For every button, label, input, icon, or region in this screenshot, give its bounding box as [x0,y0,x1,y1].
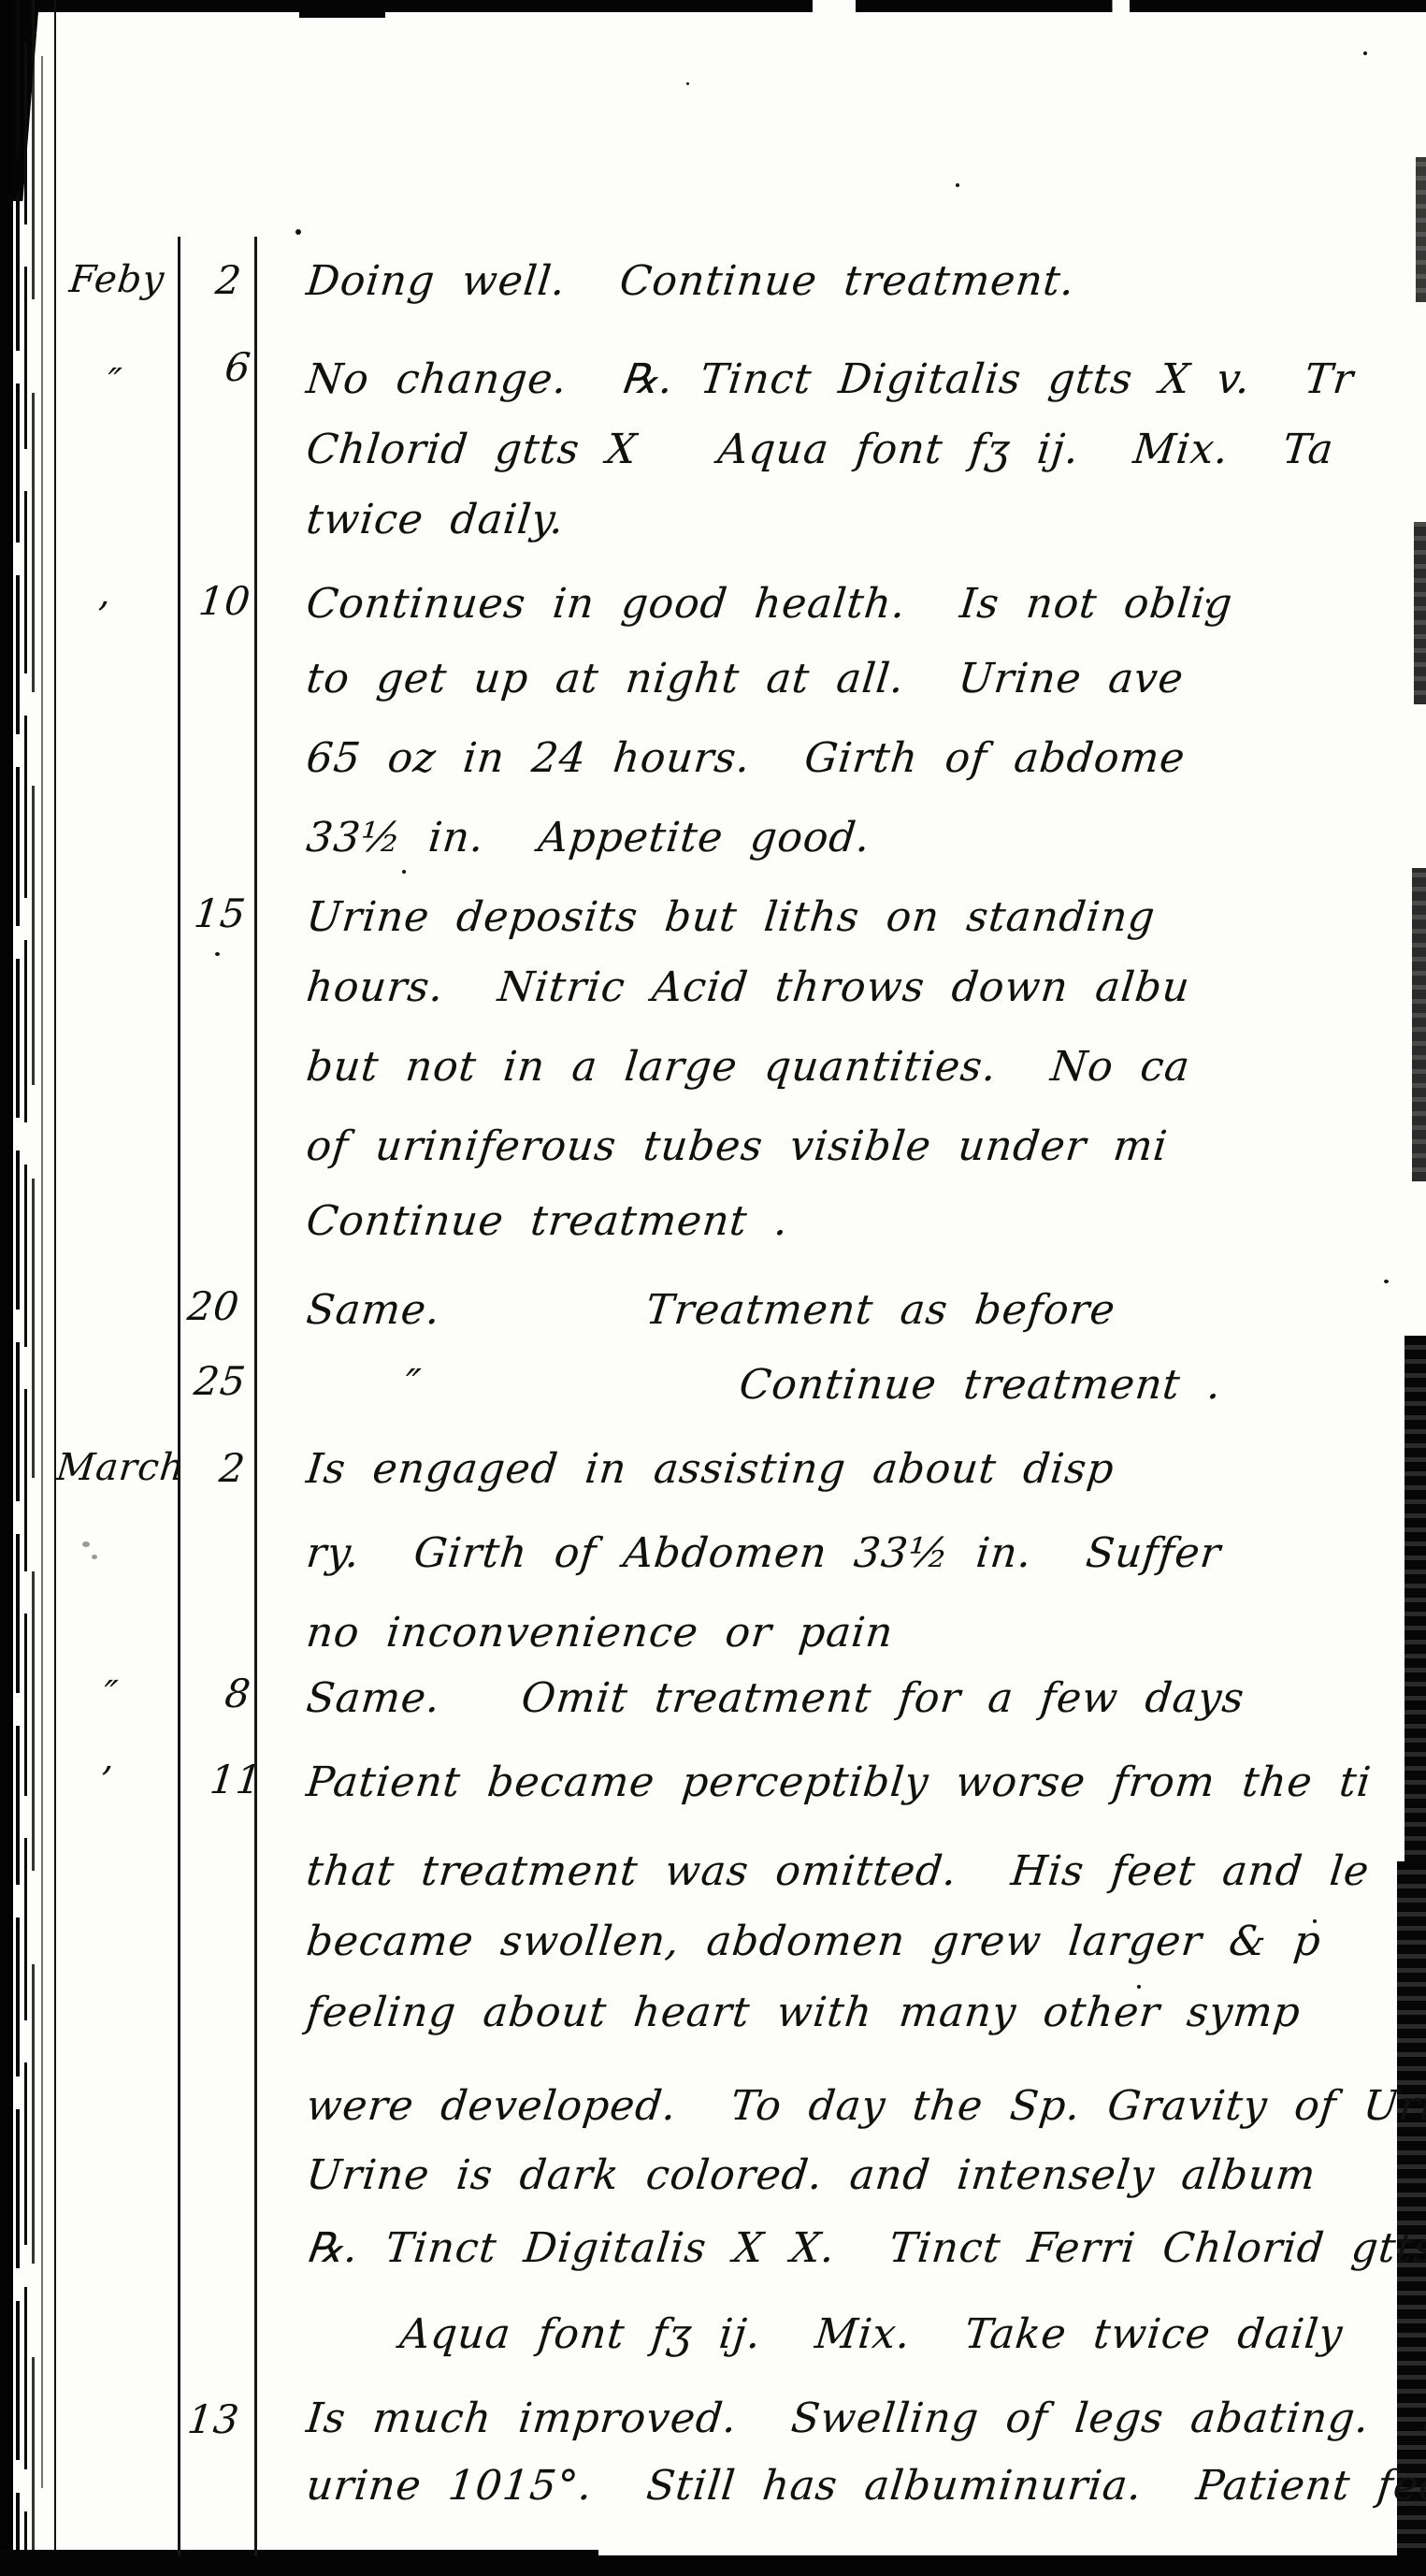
day-number: 15 [192,890,249,937]
handwritten-line: urine 1015°. Still has albuminuria. Pati… [304,2462,1426,2511]
ink-speck [1206,599,1210,603]
pencil-smudge [92,1555,97,1559]
date-column-rule-left [178,237,180,2556]
handwritten-line: Aqua font fʒ ij. Mix. Take twice daily [397,2310,1346,2360]
binding-gutter-streak [41,56,43,2488]
scan-bottom-border [0,2550,598,2557]
page-edge-line [54,0,56,2576]
day-number: 10 [196,578,253,625]
scan-right-edge [1404,1336,1426,1864]
handwritten-line: hours. Nitric Acid throws down albu [304,963,1192,1013]
scan-bottom-border [0,2555,1426,2576]
handwritten-line: 65 oz in 24 hours. Girth of abdome [304,734,1188,784]
day-number: 25 [192,1358,249,1405]
day-number: 11 [208,1757,265,1803]
scan-right-edge [1397,1861,1426,2557]
handwritten-line: Is much improved. Swelling of legs abati… [304,2395,1426,2444]
binding-gutter-streak [0,0,13,2576]
ink-speck [1313,1919,1317,1923]
journal-page: Feby 2 Doing well. Continue treatment. ″… [0,0,1426,2576]
handwritten-line: Continue treatment . [304,1197,791,1247]
handwritten-line: became swollen, abdomen grew larger & p [304,1918,1324,1967]
scan-right-edge [1414,522,1426,704]
day-number: 8 [223,1671,253,1717]
day-number: 2 [217,1445,248,1492]
handwritten-line: were developed. To day the Sp. Gravity o… [304,2082,1426,2132]
handwritten-line: ℞. Tinct Digitalis X X. Tinct Ferri Chlo… [304,2224,1426,2274]
handwritten-line: to get up at night at all. Urine ave [304,655,1186,704]
date-column-rule-right [254,237,257,2556]
handwritten-line: Is engaged in assisting about disp [304,1445,1116,1495]
binding-gutter-streak [16,0,20,2576]
month-ditto-mark: ’ [94,594,111,639]
handwritten-line: No change. ℞. Tinct Digitalis gtts X v. … [304,355,1356,405]
scan-top-border-mark [299,12,385,18]
handwritten-line: 33½ in. Appetite good. [304,814,872,863]
handwritten-line: ry. Girth of Abdomen 33½ in. Suffer [304,1529,1223,1579]
day-number: 20 [185,1283,242,1330]
handwritten-line: Same. [304,1286,443,1336]
handwritten-line: Continue treatment . [737,1361,1224,1411]
handwritten-line: twice daily. [304,496,567,545]
ink-speck [295,229,301,235]
handwritten-line: Same. Omit treatment for a few days [304,1674,1246,1724]
handwritten-line: Doing well. Continue treatment. [304,257,1077,307]
month-ditto-mark: ″ [101,1672,121,1717]
ink-speck [956,183,959,187]
handwritten-line: that treatment was omitted. His feet and… [304,1847,1372,1897]
month-label: Feby [67,257,166,302]
handwritten-line: Urine deposits but liths on standing [304,893,1158,943]
scan-right-edge [1412,868,1426,1181]
day-number: 2 [213,257,244,304]
ink-speck [1363,51,1367,55]
pencil-smudge [82,1541,90,1547]
ink-speck [1137,1985,1141,1989]
month-ditto-mark: ’ [97,1758,115,1803]
handwritten-line: of uriniferous tubes visible under mi [304,1122,1170,1172]
handwritten-line: but not in a large quantities. No ca [304,1043,1192,1093]
day-number: 13 [185,2396,242,2443]
ink-speck [686,82,689,85]
ink-speck [1384,1280,1389,1283]
handwritten-line: Treatment as before [643,1286,1118,1336]
handwritten-line: no inconvenience or pain [304,1609,896,1658]
handwritten-line: Continues in good health. Is not oblig [304,580,1235,630]
month-ditto-mark: ″ [105,360,124,405]
ink-speck [402,870,406,874]
binding-gutter-streak [32,0,35,2576]
ink-speck [215,952,220,956]
handwritten-line: feeling about heart with many other symp [304,1989,1304,2038]
binding-gutter-streak [24,0,27,2576]
scan-right-edge [1416,157,1426,302]
scan-top-border [0,0,1426,12]
handwritten-line: Chlorid gtts X Aqua font fʒ ij. Mix. Ta [304,426,1336,475]
month-label: March [54,1445,187,1490]
handwritten-line: Patient became perceptibly worse from th… [304,1758,1374,1808]
handwritten-line: Urine is dark colored. and intensely alb… [304,2151,1318,2201]
ditto-mark: ″ [402,1361,424,1411]
day-number: 6 [223,344,253,391]
